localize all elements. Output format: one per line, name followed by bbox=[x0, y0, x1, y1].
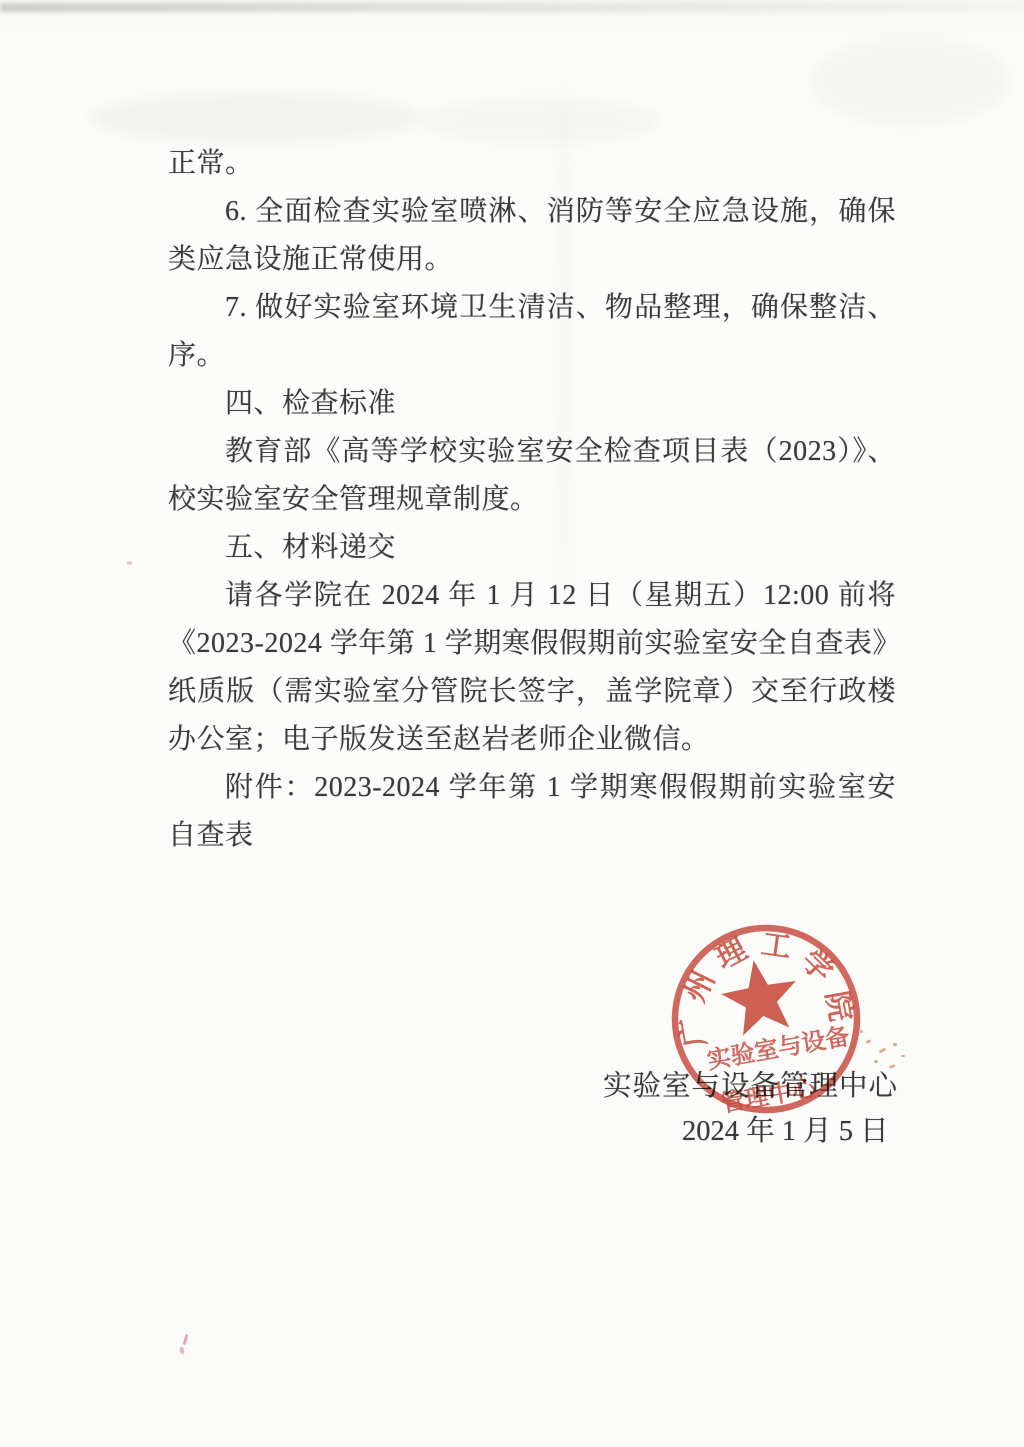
body-line: 7. 做好实验室环境卫生清洁、物品整理，确保整洁、有 bbox=[168, 284, 896, 332]
scan-smudge bbox=[420, 98, 660, 144]
scan-smudge bbox=[810, 36, 1010, 126]
official-seal: 广州理工学院 实验室与设备 管理中心 bbox=[656, 909, 876, 1129]
body-line: 请各学院在 2024 年 1 月 12 日（星期五）12:00 前将 bbox=[168, 572, 896, 620]
body-line: 序。 bbox=[168, 332, 896, 380]
body-line: 附件：2023-2024 学年第 1 学期寒假假期前实验室安全 bbox=[168, 764, 896, 812]
scan-smudge bbox=[90, 92, 420, 144]
scan-edge-shadow bbox=[0, 3, 1024, 12]
seal-inner-line1: 实验室与设备 bbox=[705, 1022, 852, 1075]
body-line: 校实验室安全管理规章制度。 bbox=[168, 476, 896, 524]
ink-speck bbox=[179, 1347, 184, 1355]
body-line: 自查表 bbox=[168, 812, 896, 860]
seal-ink-spatter bbox=[879, 1047, 887, 1053]
body-line: 《2023-2024 学年第 1 学期寒假假期前实验室安全自查表》 bbox=[168, 620, 896, 668]
scanned-document-page: 正常。6. 全面检查实验室喷淋、消防等安全应急设施，确保各类应急设施正常使用。7… bbox=[0, 0, 1024, 1447]
ink-speck bbox=[183, 1334, 189, 1345]
seal-ink-spatter bbox=[893, 1043, 897, 1046]
ink-speck bbox=[127, 561, 132, 565]
seal-arc-char: 学 bbox=[795, 944, 840, 989]
body-line: 五、材料递交 bbox=[168, 524, 896, 572]
body-line: 四、检查标准 bbox=[168, 380, 896, 428]
body-line: 纸质版（需实验室分管院长签字，盖学院章）交至行政楼 210 bbox=[168, 668, 896, 716]
body-line: 6. 全面检查实验室喷淋、消防等安全应急设施，确保各 bbox=[168, 188, 896, 236]
seal-arc-char: 广 bbox=[675, 1014, 713, 1049]
seal-arc-char: 工 bbox=[759, 928, 793, 965]
seal-ink-spatter bbox=[901, 1055, 905, 1057]
body-line: 类应急设施正常使用。 bbox=[168, 236, 896, 284]
seal-arc-char: 院 bbox=[820, 989, 858, 1024]
body-line: 教育部《高等学校实验室安全检查项目表（2023）》、学 bbox=[168, 428, 896, 476]
body-line: 办公室；电子版发送至赵岩老师企业微信。 bbox=[168, 716, 896, 764]
document-body: 正常。6. 全面检查实验室喷淋、消防等安全应急设施，确保各类应急设施正常使用。7… bbox=[168, 140, 896, 860]
body-line: 正常。 bbox=[168, 140, 896, 188]
